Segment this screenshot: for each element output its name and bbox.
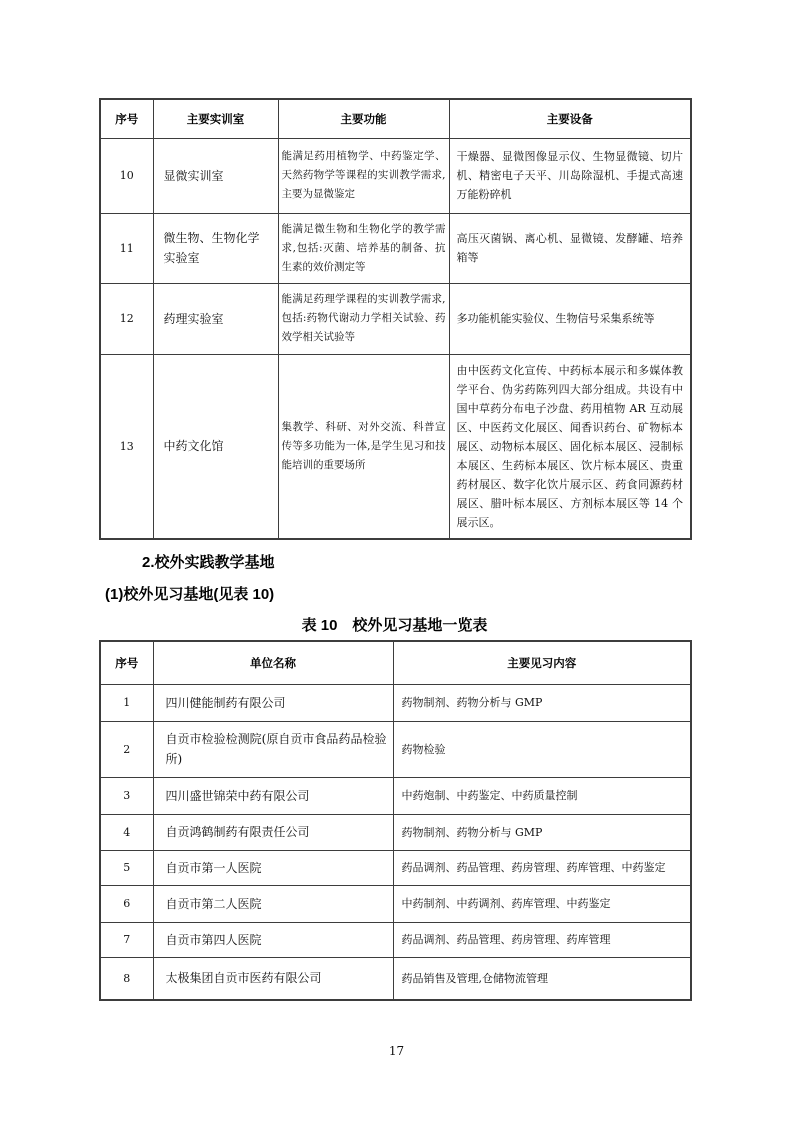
row-function: 能满足药用植物学、中药鉴定学、天然药物学等课程的实训教学需求,主要为显微鉴定 [278, 138, 449, 213]
labs-header-function: 主要功能 [278, 99, 449, 138]
row-unit-name: 四川健能制药有限公司 [153, 684, 393, 721]
labs-header-room: 主要实训室 [153, 99, 278, 138]
table-row: 8 太极集团自贡市医药有限公司 药品销售及管理,仓储物流管理 [100, 957, 691, 1000]
row-no: 5 [100, 850, 153, 885]
row-content: 药品调剂、药品管理、药房管理、药库管理 [393, 922, 691, 957]
row-content: 药物检验 [393, 721, 691, 777]
labs-header-equipment: 主要设备 [449, 99, 691, 138]
row-no: 13 [100, 354, 153, 539]
row-no: 1 [100, 684, 153, 721]
row-no: 3 [100, 777, 153, 814]
row-equipment: 多功能机能实验仪、生物信号采集系统等 [449, 283, 691, 354]
section-heading: 2.校外实践教学基地 [142, 554, 690, 571]
row-no: 12 [100, 283, 153, 354]
row-content: 中药炮制、中药鉴定、中药质量控制 [393, 777, 691, 814]
row-no: 4 [100, 814, 153, 850]
bases-header-no: 序号 [100, 641, 153, 684]
row-no: 11 [100, 213, 153, 283]
table-row: 2 自贡市检验检测院(原自贡市食品药品检验所) 药物检验 [100, 721, 691, 777]
table-row: 13 中药文化馆 集教学、科研、对外交流、科普宣传等多功能为一体,是学生见习和技… [100, 354, 691, 539]
bases-header-content: 主要见习内容 [393, 641, 691, 684]
row-unit-name: 自贡市第一人医院 [153, 850, 393, 885]
table-row: 4 自贡鸿鹤制药有限责任公司 药物制剂、药物分析与 GMP [100, 814, 691, 850]
page-number: 17 [0, 1044, 793, 1058]
subsection-heading: (1)校外见习基地(见表 10) [105, 585, 690, 604]
labs-table: 序号 主要实训室 主要功能 主要设备 10 显微实训室 能满足药用植物学、中药鉴… [99, 98, 692, 540]
table-row: 1 四川健能制药有限公司 药物制剂、药物分析与 GMP [100, 684, 691, 721]
row-unit-name: 太极集团自贡市医药有限公司 [153, 957, 393, 1000]
labs-header-no: 序号 [100, 99, 153, 138]
table-row: 10 显微实训室 能满足药用植物学、中药鉴定学、天然药物学等课程的实训教学需求,… [100, 138, 691, 213]
row-function: 能满足药理学课程的实训教学需求,包括:药物代谢动力学相关试验、药效学相关试验等 [278, 283, 449, 354]
row-equipment: 由中医药文化宣传、中药标本展示和多媒体教学平台、伪劣药陈列四大部分组成。共设有中… [449, 354, 691, 539]
row-room: 微生物、生物化学实验室 [153, 213, 278, 283]
row-no: 6 [100, 885, 153, 922]
row-unit-name: 自贡市第四人医院 [153, 922, 393, 957]
row-content: 中药制剂、中药调剂、药库管理、中药鉴定 [393, 885, 691, 922]
row-no: 10 [100, 138, 153, 213]
row-content: 药品调剂、药品管理、药房管理、药库管理、中药鉴定 [393, 850, 691, 885]
row-equipment: 高压灭菌锅、离心机、显微镜、发酵罐、培养箱等 [449, 213, 691, 283]
row-content: 药物制剂、药物分析与 GMP [393, 814, 691, 850]
table-row: 12 药理实验室 能满足药理学课程的实训教学需求,包括:药物代谢动力学相关试验、… [100, 283, 691, 354]
table-row: 3 四川盛世锦荣中药有限公司 中药炮制、中药鉴定、中药质量控制 [100, 777, 691, 814]
table-row: 11 微生物、生物化学实验室 能满足微生物和生物化学的教学需求,包括:灭菌、培养… [100, 213, 691, 283]
row-equipment: 干燥器、显微图像显示仪、生物显微镜、切片机、精密电子天平、川岛除湿机、手提式高速… [449, 138, 691, 213]
bases-header-name: 单位名称 [153, 641, 393, 684]
document-page: 序号 主要实训室 主要功能 主要设备 10 显微实训室 能满足药用植物学、中药鉴… [0, 0, 793, 1122]
labs-table-header-row: 序号 主要实训室 主要功能 主要设备 [100, 99, 691, 138]
table-row: 7 自贡市第四人医院 药品调剂、药品管理、药房管理、药库管理 [100, 922, 691, 957]
row-content: 药品销售及管理,仓储物流管理 [393, 957, 691, 1000]
table-row: 6 自贡市第二人医院 中药制剂、中药调剂、药库管理、中药鉴定 [100, 885, 691, 922]
row-room: 显微实训室 [153, 138, 278, 213]
page-content: 序号 主要实训室 主要功能 主要设备 10 显微实训室 能满足药用植物学、中药鉴… [99, 98, 690, 1001]
row-unit-name: 四川盛世锦荣中药有限公司 [153, 777, 393, 814]
row-no: 8 [100, 957, 153, 1000]
row-unit-name: 自贡市检验检测院(原自贡市食品药品检验所) [153, 721, 393, 777]
table-row: 5 自贡市第一人医院 药品调剂、药品管理、药房管理、药库管理、中药鉴定 [100, 850, 691, 885]
row-room: 中药文化馆 [153, 354, 278, 539]
row-function: 能满足微生物和生物化学的教学需求,包括:灭菌、培养基的制备、抗生素的效价测定等 [278, 213, 449, 283]
row-content: 药物制剂、药物分析与 GMP [393, 684, 691, 721]
table-caption: 表 10 校外见习基地一览表 [99, 617, 690, 635]
row-function: 集教学、科研、对外交流、科普宣传等多功能为一体,是学生见习和技能培训的重要场所 [278, 354, 449, 539]
row-unit-name: 自贡市第二人医院 [153, 885, 393, 922]
row-no: 7 [100, 922, 153, 957]
row-unit-name: 自贡鸿鹤制药有限责任公司 [153, 814, 393, 850]
bases-table-header-row: 序号 单位名称 主要见习内容 [100, 641, 691, 684]
row-room: 药理实验室 [153, 283, 278, 354]
bases-table: 序号 单位名称 主要见习内容 1 四川健能制药有限公司 药物制剂、药物分析与 G… [99, 640, 692, 1001]
row-no: 2 [100, 721, 153, 777]
